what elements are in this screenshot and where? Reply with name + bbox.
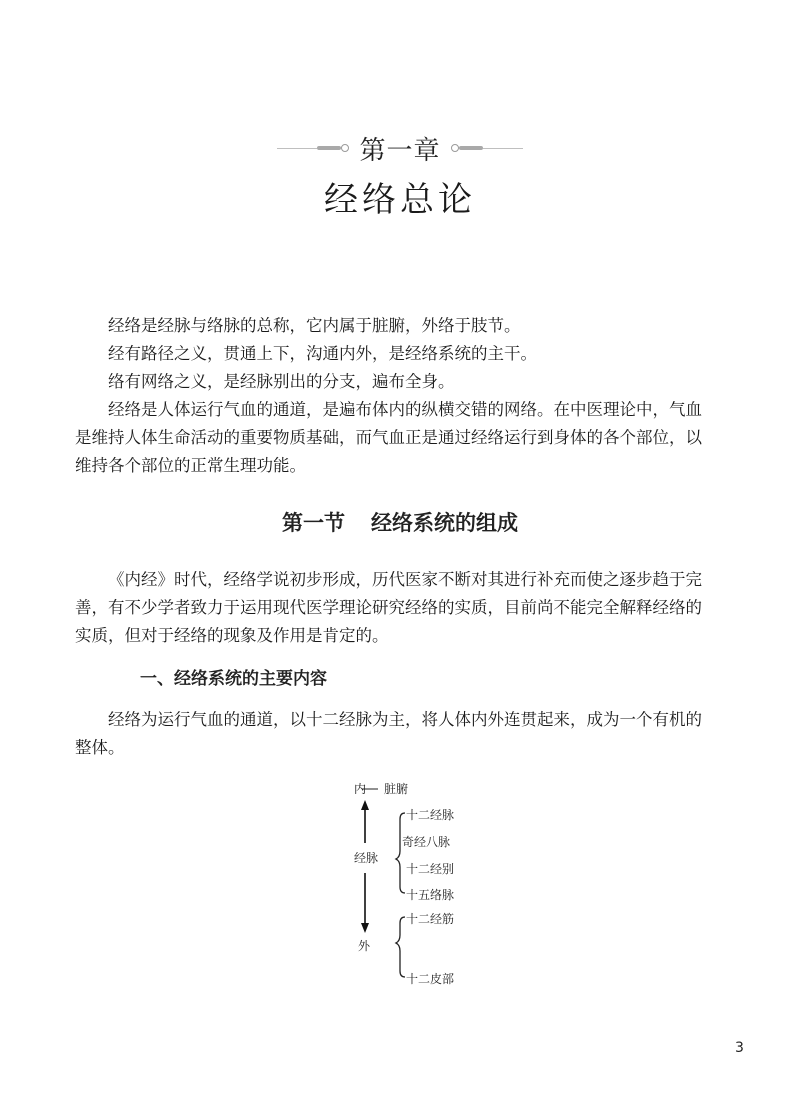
intro-paragraph-4: 经络是人体运行气血的通道，是遍布体内的纵横交错的网络。在中医理论中，气血是维持人… [75,396,708,480]
diagram-label-inner: 内 [354,780,366,797]
diagram-item: 十二经脉 [406,806,454,823]
intro-paragraph-2: 经有路径之义，贯通上下，沟通内外，是经络系统的主干。 [108,340,708,368]
page-number: 3 [735,1040,744,1056]
diagram-label-outer: 外 [358,937,370,954]
diagram-item: 奇经八脉 [402,833,450,850]
diagram-item: 十二皮部 [406,970,454,987]
section-title: 第一节经络系统的组成 [0,507,800,537]
section-name: 经络系统的组成 [371,511,518,535]
diagram-label-meridians: 经脉 [354,849,378,866]
intro-paragraph-1: 经络是经脉与络脉的总称，它内属于脏腑，外络于肢节。 [108,312,708,340]
chapter-number-line: 第一章 [0,130,800,166]
subsection-title: 一、经络系统的主要内容 [140,664,327,689]
diagram-item: 十五络脉 [406,886,454,903]
subsection-paragraph: 经络为运行气血的通道，以十二经脉为主，将人体内外连贯起来，成为一个有机的整体。 [75,706,708,762]
chapter-number: 第一章 [359,130,440,167]
diagram-item: 十二经别 [406,860,454,877]
diagram-item: 十二经筋 [406,910,454,927]
intro-paragraph-3: 络有网络之义，是经脉别出的分支，遍布全身。 [108,368,708,396]
meridian-system-diagram: 内 脏腑 经脉 外 十二经脉 奇经八脉 十二经别 十五络脉 十二经筋 十二皮部 [340,775,500,995]
chapter-title: 经络总论 [0,172,800,221]
section-paragraph: 《内经》时代，经络学说初步形成，历代医家不断对其进行补充而使之逐步趋于完善，有不… [75,566,708,650]
ornament-left-icon [277,144,349,152]
section-number: 第一节 [282,511,345,535]
chapter-header: 第一章 经络总论 [0,130,800,221]
diagram-label-organs: 脏腑 [384,780,408,797]
ornament-right-icon [451,144,523,152]
